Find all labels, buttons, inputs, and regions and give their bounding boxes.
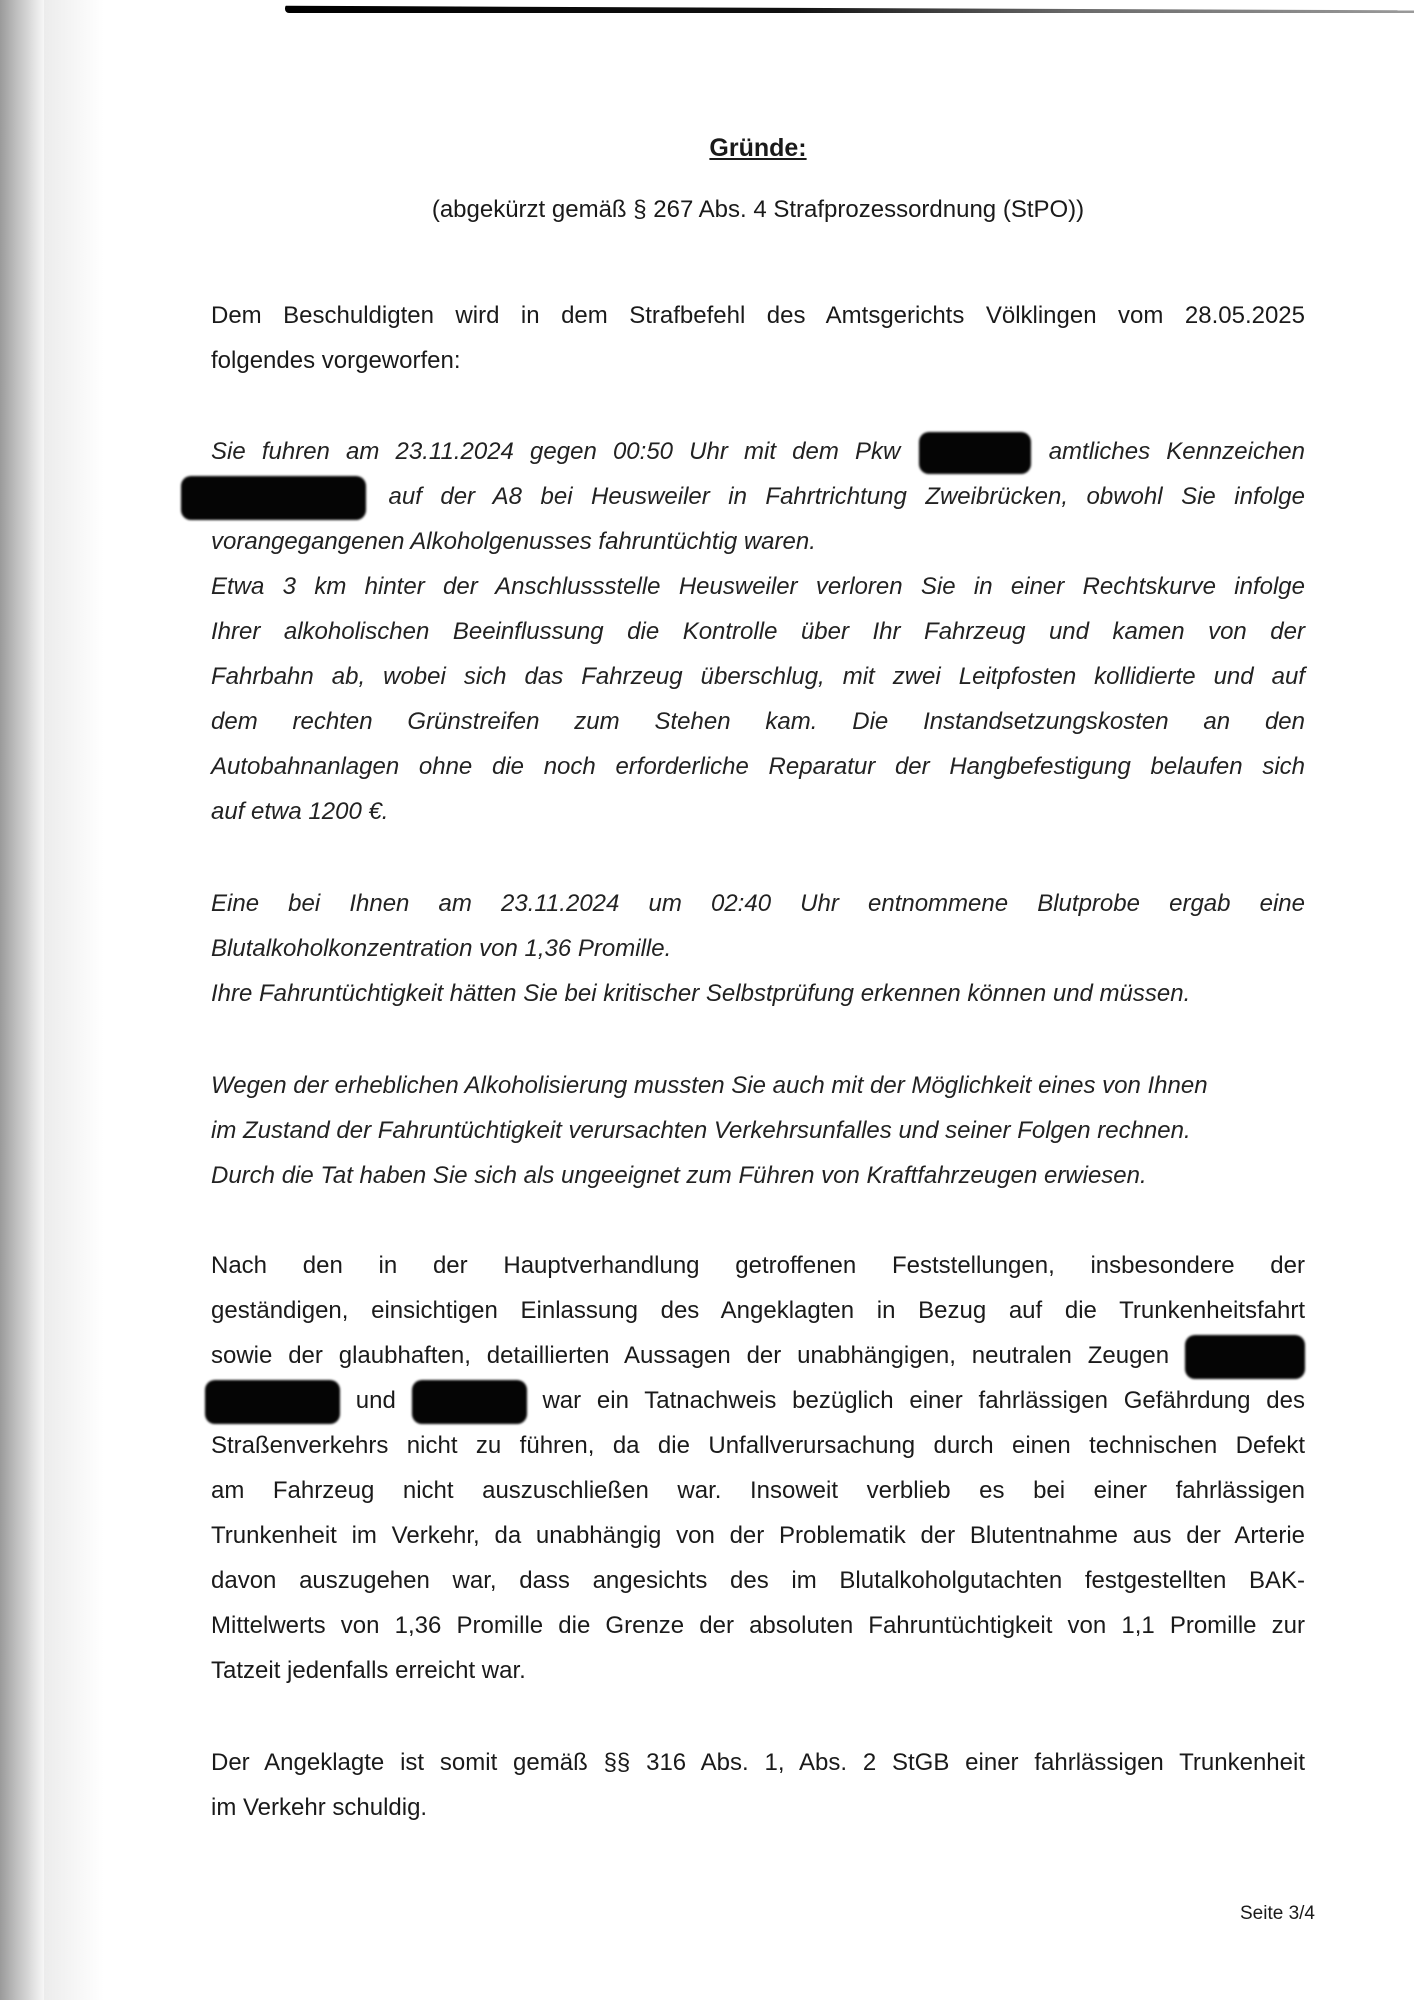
text-line: Ihrer alkoholischen Beeinflussung die Ko… <box>211 609 1305 654</box>
text-line: Fahrbahn ab, wobei sich das Fahrzeug übe… <box>211 654 1305 699</box>
redaction-witness-2 <box>412 1380 527 1424</box>
page-top-edge <box>285 4 1414 13</box>
text-line: dem rechten Grünstreifen zum Stehen kam.… <box>211 699 1305 744</box>
text-line: am Fahrzeug nicht auszuschließen war. In… <box>211 1468 1305 1513</box>
redaction-license-plate <box>181 476 366 520</box>
text-line: Autobahnanlagen ohne die noch erforderli… <box>211 744 1305 789</box>
text-line: Ihre Fahruntüchtigkeit hätten Sie bei kr… <box>211 971 1305 1016</box>
text-line: sowie der glaubhaften, detaillierten Aus… <box>211 1333 1305 1378</box>
text-line: Durch die Tat haben Sie sich als ungeeig… <box>211 1153 1305 1198</box>
text-line: Blutalkoholkonzentration von 1,36 Promil… <box>211 926 1305 971</box>
scanner-shadow <box>44 0 104 2000</box>
text-line: Tatzeit jedenfalls erreicht war. <box>211 1648 1305 1693</box>
verdict-paragraph: Der Angeklagte ist somit gemäß §§ 316 Ab… <box>211 1740 1305 1830</box>
scanner-edge <box>0 0 44 2000</box>
text-line: Wegen der erheblichen Alkoholisierung mu… <box>211 1063 1305 1108</box>
text-line: folgendes vorgeworfen: <box>211 338 1305 383</box>
section-subtitle: (abgekürzt gemäß § 267 Abs. 4 Strafproze… <box>211 196 1305 224</box>
text-line: Dem Beschuldigten wird in dem Strafbefeh… <box>211 293 1305 338</box>
redaction-witness-1a <box>1185 1335 1305 1379</box>
intro-paragraph: Dem Beschuldigten wird in dem Strafbefeh… <box>211 293 1305 383</box>
charge-paragraph-2: Eine bei Ihnen am 23.11.2024 um 02:40 Uh… <box>211 881 1305 1016</box>
section-title: Gründe: <box>211 134 1305 163</box>
text-line: vorangegangenen Alkoholgenusses fahruntü… <box>211 519 1305 564</box>
charge-paragraph-1: Sie fuhren am 23.11.2024 gegen 00:50 Uhr… <box>211 429 1305 834</box>
findings-paragraph: Nach den in der Hauptverhandlung getroff… <box>211 1243 1305 1693</box>
text-line: geständigen, einsichtigen Einlassung des… <box>211 1288 1305 1333</box>
text-line: im Zustand der Fahruntüchtigkeit verursa… <box>211 1108 1305 1153</box>
redaction-witness-1b <box>205 1380 340 1424</box>
text-line: und war ein Tatnachweis bezüglich einer … <box>205 1378 1305 1423</box>
charge-paragraph-3: Wegen der erheblichen Alkoholisierung mu… <box>211 1063 1305 1198</box>
text-line: Nach den in der Hauptverhandlung getroff… <box>211 1243 1305 1288</box>
text-line: auf der A8 bei Heusweiler in Fahrtrichtu… <box>181 474 1305 519</box>
text-line: Trunkenheit im Verkehr, da unabhängig vo… <box>211 1513 1305 1558</box>
text-line: Mittelwerts von 1,36 Promille die Grenze… <box>211 1603 1305 1648</box>
text-line: Eine bei Ihnen am 23.11.2024 um 02:40 Uh… <box>211 881 1305 926</box>
text-line: Etwa 3 km hinter der Anschlussstelle Heu… <box>211 564 1305 609</box>
redaction-vehicle <box>919 432 1031 474</box>
text-line: davon auszugehen war, dass angesichts de… <box>211 1558 1305 1603</box>
text-line: auf etwa 1200 €. <box>211 789 1305 834</box>
text-line: Straßenverkehrs nicht zu führen, da die … <box>211 1423 1305 1468</box>
page-number: Seite 3/4 <box>1240 1903 1315 1925</box>
text-line: Der Angeklagte ist somit gemäß §§ 316 Ab… <box>211 1740 1305 1785</box>
text-line: Sie fuhren am 23.11.2024 gegen 00:50 Uhr… <box>211 429 1305 474</box>
text-line: im Verkehr schuldig. <box>211 1785 1305 1830</box>
